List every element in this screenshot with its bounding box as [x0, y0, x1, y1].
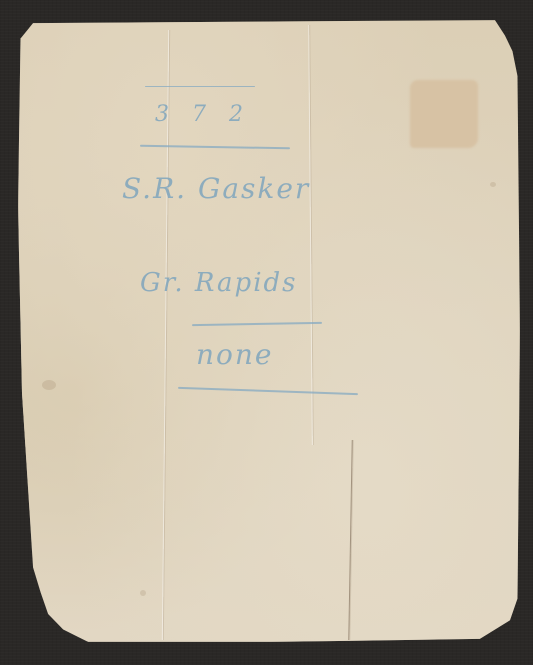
stain	[140, 590, 146, 596]
handwritten-location: Gr. Rapids	[140, 268, 298, 298]
handwritten-number: 3 7 2	[155, 102, 251, 127]
handwritten-name: S.R. Gasker	[122, 172, 310, 205]
handwritten-note: none	[196, 338, 274, 371]
erased-patch	[410, 80, 478, 148]
stain	[490, 182, 496, 187]
stain	[42, 380, 56, 390]
ink-rule	[145, 86, 255, 87]
